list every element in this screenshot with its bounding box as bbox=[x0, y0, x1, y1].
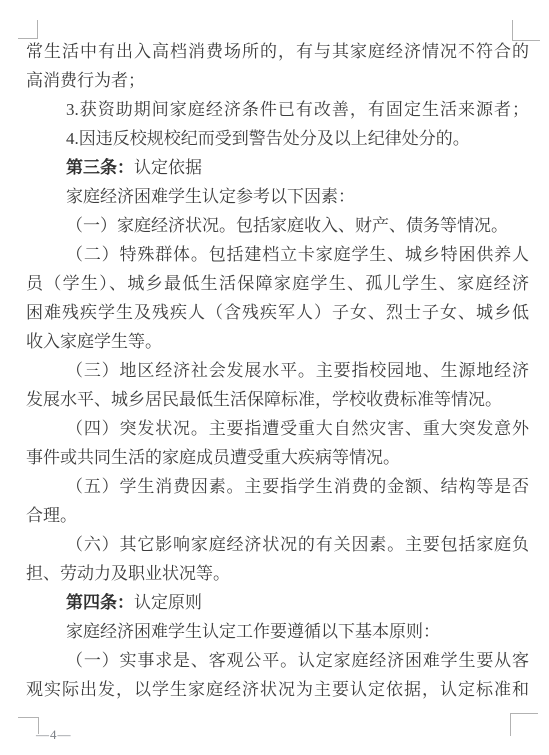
text-line: 家庭经济困难学生认定工作要遵循以下基本原则： bbox=[26, 617, 529, 646]
text-line: 担、劳动力及职业状况等。 bbox=[26, 559, 529, 588]
text-line: 常生活中有出入高档消费场所的，有与其家庭经济情况不符合的 bbox=[26, 37, 529, 66]
document-page: 常生活中有出入高档消费场所的，有与其家庭经济情况不符合的高消费行为者；3.获资助… bbox=[0, 0, 549, 755]
text-line: 高消费行为者； bbox=[26, 66, 529, 95]
text-line: （一）实事求是、客观公平。认定家庭经济困难学生要从客 bbox=[26, 646, 529, 675]
text-line: 观实际出发，以学生家庭经济状况为主要认定依据，认定标准和 bbox=[26, 675, 529, 704]
article-heading-text: 认定依据 bbox=[134, 158, 202, 177]
crop-mark-bottom-right bbox=[510, 713, 538, 736]
text-line: 家庭经济困难学生认定参考以下因素： bbox=[26, 182, 529, 211]
article-heading-label: 第三条： bbox=[66, 158, 134, 177]
text-line: （一）家庭经济状况。包括家庭收入、财产、债务等情况。 bbox=[26, 211, 529, 240]
text-line: 第三条：认定依据 bbox=[26, 153, 529, 182]
text-line: 第四条：认定原则 bbox=[26, 588, 529, 617]
text-line: （四）突发状况。主要指遭受重大自然灾害、重大突发意外 bbox=[26, 414, 529, 443]
document-body: 常生活中有出入高档消费场所的，有与其家庭经济情况不符合的高消费行为者；3.获资助… bbox=[26, 37, 529, 704]
text-line: 事件或共同生活的家庭成员遭受重大疾病等情况。 bbox=[26, 443, 529, 472]
text-line: （二）特殊群体。包括建档立卡家庭学生、城乡特困供养人 bbox=[26, 240, 529, 269]
text-line: （三）地区经济社会发展水平。主要指校园地、生源地经济 bbox=[26, 356, 529, 385]
text-line: 员（学生）、城乡最低生活保障家庭学生、孤儿学生、家庭经济 bbox=[26, 269, 529, 298]
text-line: （五）学生消费因素。主要指学生消费的金额、结构等是否 bbox=[26, 472, 529, 501]
text-line: 发展水平、城乡居民最低生活保障标准，学校收费标准等情况。 bbox=[26, 385, 529, 414]
text-line: 收入家庭学生等。 bbox=[26, 327, 529, 356]
text-line: 3.获资助期间家庭经济条件已有改善，有固定生活来源者； bbox=[26, 95, 529, 124]
text-line: 困难残疾学生及残疾人（含残疾军人）子女、烈士子女、城乡低 bbox=[26, 298, 529, 327]
article-heading-text: 认定原则 bbox=[134, 593, 202, 612]
page-number: —4— bbox=[36, 726, 72, 744]
article-heading-label: 第四条： bbox=[66, 593, 134, 612]
text-line: 4.因违反校规校纪而受到警告处分及以上纪律处分的。 bbox=[26, 124, 529, 153]
text-line: （六）其它影响家庭经济状况的有关因素。主要包括家庭负 bbox=[26, 530, 529, 559]
text-line: 合理。 bbox=[26, 501, 529, 530]
